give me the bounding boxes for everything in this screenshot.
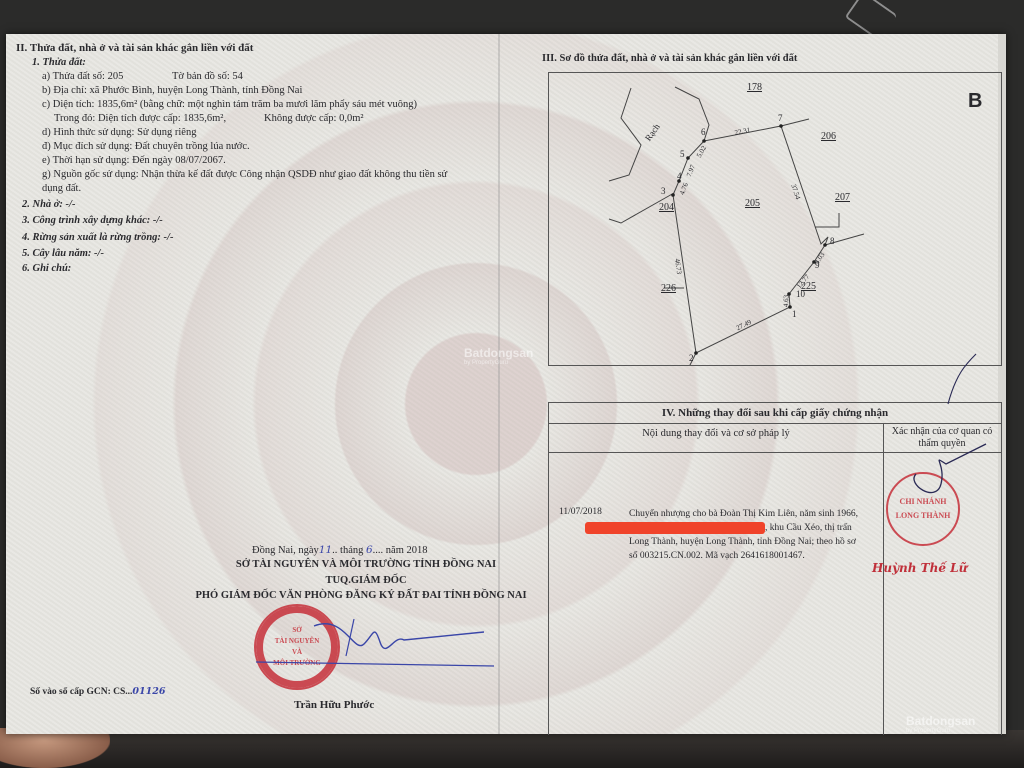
boundary-point-label: 1 (792, 309, 797, 319)
registry-value: 01126 (132, 686, 165, 697)
boundary-point-label: 10 (796, 289, 805, 299)
issuing-department: SỞ TÀI NGUYÊN VÀ MÔI TRƯỜNG TỈNH ĐỒNG NA… (196, 559, 536, 570)
boundary-point-label: 8 (830, 236, 835, 246)
section-2-title: II. Thửa đất, nhà ở và tài sản khác gắn … (16, 42, 253, 54)
authorization-line: TUQ.GIÁM ĐỐC (196, 575, 536, 586)
registry-number: Số vào sổ cấp GCN: CS...01126 (30, 686, 165, 697)
date-prefix: Đồng Nai, ngày (252, 545, 319, 556)
address: b) Địa chỉ: xã Phước Bình, huyện Long Th… (42, 85, 302, 96)
parcel-label: 205 (745, 198, 760, 209)
desk-surface (0, 730, 1024, 768)
edge-length: 4.63 (782, 295, 790, 308)
column-content-header: Nội dung thay đổi và cơ sở pháp lý (549, 424, 883, 452)
director-signature (254, 614, 494, 674)
redaction-mark (585, 522, 765, 534)
registry-label: Số vào sổ cấp GCN: CS... (30, 687, 132, 697)
branch-signer-name: Huỳnh Thế Lữ (872, 561, 967, 575)
origin-line-1: g) Nguồn gốc sử dụng: Nhận thừa kế đất đ… (42, 169, 447, 180)
neighbor-parcel-label: 178 (747, 82, 762, 93)
hand (0, 728, 110, 768)
date-month-label: tháng (340, 545, 363, 556)
perennial: 5. Cây lâu năm: -/- (22, 248, 104, 259)
parcel-map (549, 73, 1001, 365)
signer-title: PHÓ GIÁM ĐỐC VĂN PHÒNG ĐĂNG KÝ ĐẤT ĐAI T… (146, 590, 576, 601)
signer-name: Trần Hữu Phước (294, 699, 374, 711)
page-fold (498, 34, 500, 734)
column-divider (883, 424, 884, 735)
date-day: 11 (319, 544, 332, 556)
entry-line: số 003215.CN.002. Mã vạch 2641618001467. (629, 549, 879, 563)
watermark-brand: Batdongsan (906, 714, 975, 728)
use-term: e) Thời hạn sử dụng: Đến ngày 08/07/2067… (42, 155, 226, 166)
entry-date: 11/07/2018 (559, 507, 602, 517)
entry-line: Chuyển nhượng cho bà Đoàn Thị Kim Liên, … (629, 507, 879, 521)
watermark: Batdongsan by PropertyGuru (906, 714, 975, 734)
watermark-brand: Batdongsan (464, 346, 533, 360)
neighbor-parcel-label: 207 (835, 192, 850, 203)
parcel-number: a) Thửa đất số: 205 (42, 71, 123, 82)
forest: 4. Rừng sản xuất là rừng trồng: -/- (22, 232, 173, 243)
watermark-sub: by PropertyGuru (464, 360, 533, 366)
parcel-diagram: 178206207204226225205Rạch1234567891027.4… (548, 72, 1002, 366)
area: c) Diện tích: 1835,6m² (bằng chữ: một ng… (42, 99, 417, 110)
boundary-point-label: 2 (689, 353, 694, 363)
other-works: 3. Công trình xây dựng khác: -/- (22, 215, 163, 226)
neighbor-parcel-label: 226 (661, 283, 676, 294)
area-not-granted: Không được cấp: 0,0m² (264, 113, 364, 124)
section-3-title: III. Sơ đồ thửa đất, nhà ở và tài sản kh… (542, 53, 797, 64)
boundary-point-label: 4 (677, 171, 682, 181)
house: 2. Nhà ở: -/- (22, 199, 75, 210)
boundary-point-label: 6 (701, 127, 706, 137)
land-certificate: II. Thửa đất, nhà ở và tài sản khác gắn … (6, 34, 1006, 734)
land-heading: 1. Thửa đất: (32, 57, 86, 68)
watermark-sub: by PropertyGuru (906, 728, 975, 734)
watermark: Batdongsan by PropertyGuru (464, 346, 533, 366)
issue-date: Đồng Nai, ngày11.. tháng 6.... năm 2018 (252, 544, 428, 556)
boundary-point-label: 5 (680, 149, 685, 159)
neighbor-parcel-label: 206 (821, 131, 836, 142)
north-symbol: B (968, 90, 982, 112)
boundary-point-label: 7 (778, 113, 783, 123)
entry-line: Long Thành, huyện Long Thành, tỉnh Đồng … (629, 535, 879, 549)
map-sheet-number: Tờ bản đồ số: 54 (172, 71, 243, 82)
date-month: 6 (366, 544, 373, 556)
entry-text: Chuyển nhượng cho bà Đoàn Thị Kim Liên, … (629, 507, 879, 563)
boundary-point-label: 3 (661, 186, 666, 196)
use-purpose: đ) Mục đích sử dụng: Đất chuyên trồng lú… (42, 141, 250, 152)
entry-line: , khu Cầu Xéo, thị trấn (629, 521, 879, 535)
date-year: năm 2018 (386, 545, 428, 556)
area-granted: Trong đó: Diện tích được cấp: 1835,6m², (54, 113, 226, 124)
origin-line-2: dụng đất. (42, 183, 81, 194)
north-arrow-icon: B (968, 90, 982, 113)
entry-line-visible: khu Cầu Xéo, thị trấn (770, 523, 852, 533)
neighbor-parcel-label: 204 (659, 202, 674, 213)
notes: 6. Ghi chú: (22, 263, 71, 274)
use-form: d) Hình thức sử dụng: Sử dụng riêng (42, 127, 196, 138)
branch-signature (886, 334, 996, 534)
